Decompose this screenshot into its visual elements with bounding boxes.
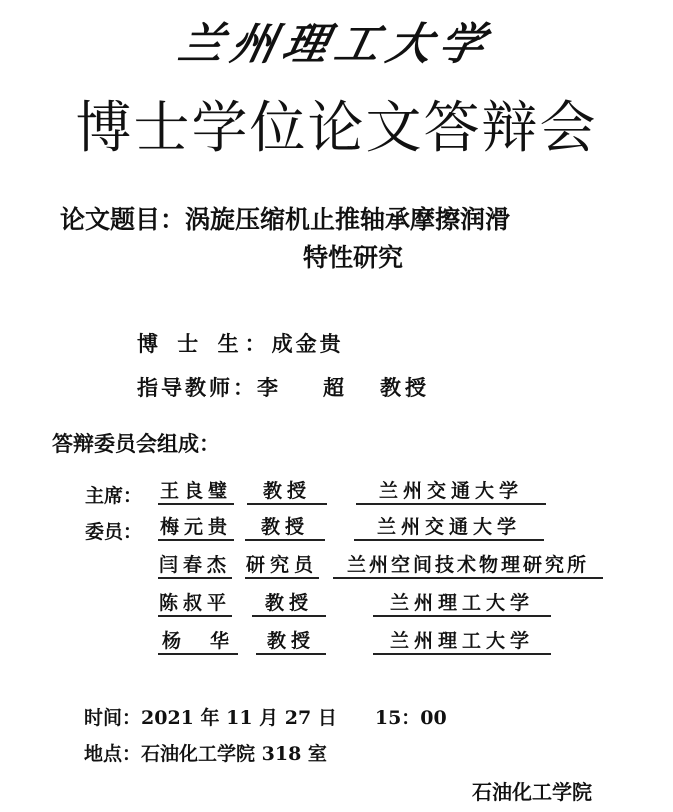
committee-title: 教授 (247, 479, 327, 505)
committee-title: 研究员 (245, 553, 319, 579)
thesis-title-line1: 论文题目：涡旋压缩机止推轴承摩擦润滑 (60, 200, 510, 236)
advisor-line: 指导教师：李 超教授 (137, 372, 430, 402)
advisor-label: 指导教师： (137, 375, 257, 400)
time-line: 时间：2021 年 11 月 27 日 15：00 (84, 703, 447, 730)
page-title: 博士学位论文答辩会 (0, 84, 673, 164)
university-logo: 兰州理工大学 (0, 8, 673, 72)
advisor-title: 教授 (380, 375, 430, 400)
place-value: 石油化工学院 318 室 (141, 743, 327, 765)
committee-affiliation: 兰州交通大学 (354, 515, 544, 541)
candidate-label: 博 士 生： (137, 331, 272, 356)
committee-affiliation: 兰州理工大学 (373, 629, 551, 655)
candidate-line: 博 士 生：成金贵 (137, 328, 344, 358)
committee-name: 王良璧 (158, 479, 234, 505)
candidate-name: 成金贵 (272, 331, 344, 356)
committee-affiliation: 兰州交通大学 (356, 479, 546, 505)
committee-title: 教授 (252, 591, 326, 617)
committee-name: 闫春杰 (158, 553, 232, 579)
advisor-name: 李 超 (257, 375, 356, 400)
chair-label: 主席： (85, 481, 142, 508)
time-value: 2021 年 11 月 27 日 15：00 (141, 707, 447, 729)
committee-name: 杨 华 (158, 629, 238, 655)
committee-name: 梅元贵 (158, 515, 234, 541)
thesis-title-text: 涡旋压缩机止推轴承摩擦润滑 (185, 205, 510, 234)
committee-affiliation: 兰州理工大学 (373, 591, 551, 617)
place-label: 地点： (84, 743, 141, 765)
signature: 石油化工学院 (472, 776, 592, 805)
place-line: 地点：石油化工学院 318 室 (84, 739, 327, 766)
committee-title: 教授 (256, 629, 326, 655)
thesis-title-line2: 特性研究 (303, 238, 403, 274)
member-label: 委员： (85, 517, 142, 544)
time-label: 时间： (84, 707, 141, 729)
committee-heading: 答辩委员会组成： (52, 428, 220, 458)
committee-affiliation: 兰州空间技术物理研究所 (333, 553, 603, 579)
committee-title: 教授 (245, 515, 325, 541)
committee-name: 陈叔平 (158, 591, 232, 617)
thesis-label: 论文题目： (60, 205, 185, 234)
